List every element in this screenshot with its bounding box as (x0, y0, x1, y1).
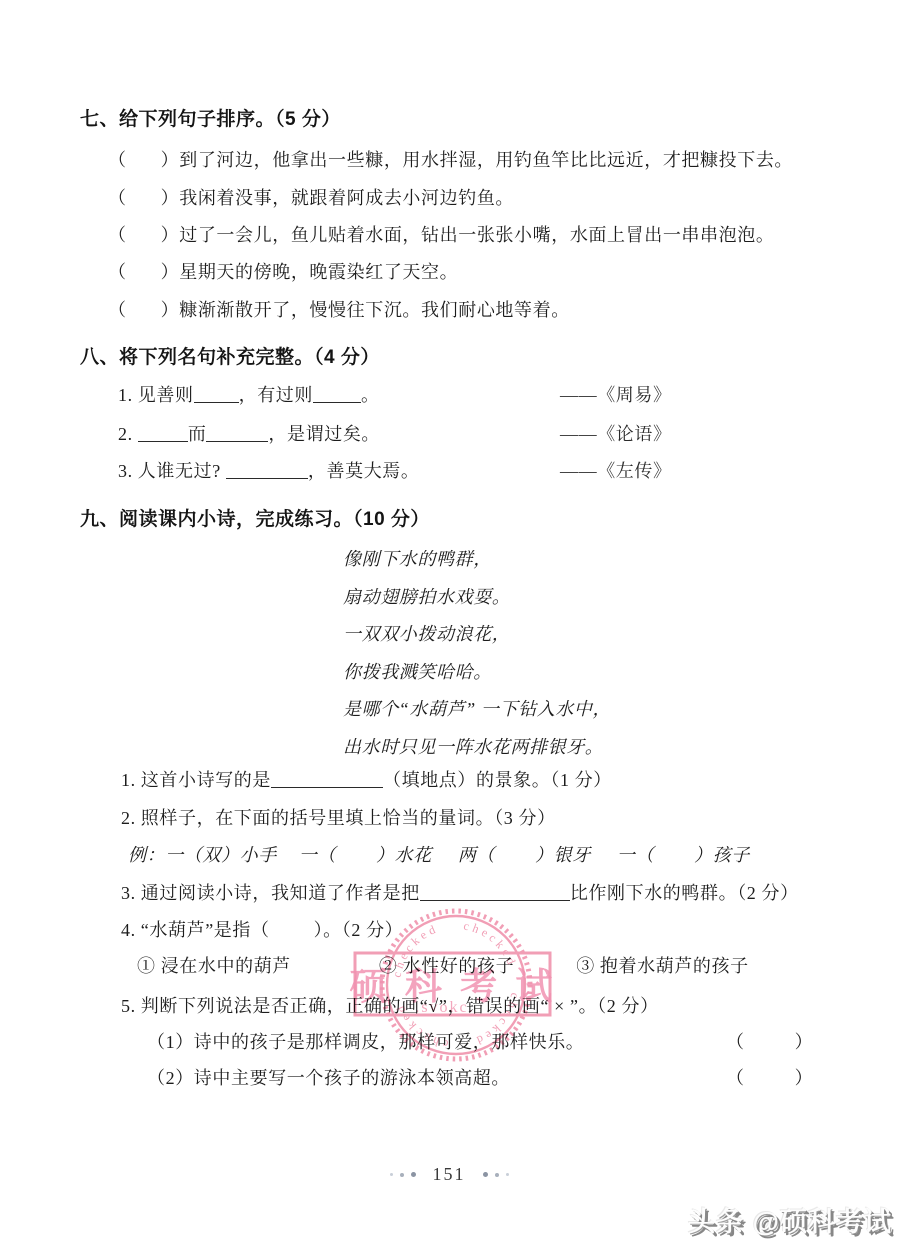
text-segment: ，是谓过矣。 (268, 424, 380, 444)
quote-source-3: ——《左传》 (560, 457, 672, 483)
quote-source-2: ——《论语》 (560, 420, 672, 446)
text-segment: （ (108, 150, 127, 170)
text-segment: 过了一会儿，鱼儿贴着水面，钻出一张张小嘴，水面上冒出一串串泡泡。 (179, 225, 774, 245)
answer-blank (420, 883, 570, 901)
text-segment: ） (161, 262, 180, 282)
answer-blank (206, 424, 268, 442)
text-segment: ② 水性好的孩子 (379, 956, 514, 976)
text-segment: 2. 照样子，在下面的括号里填上恰当的量词。（3 分） (121, 808, 556, 828)
page-footer: 151 (0, 1164, 898, 1185)
question-2-example: 例：一（双）小手一（）水花两（）银牙一（）孩子 (128, 841, 750, 867)
text-segment: （2）诗中主要写一个孩子的游泳本领高超。 (147, 1068, 510, 1088)
question-5-sub-1-answer-paren: （） (726, 1028, 813, 1054)
poem-line-5: 是哪个“水葫芦” 一下钻入水中， (343, 695, 611, 721)
text-segment: 1. 这首小诗写的是 (121, 770, 271, 790)
question-5-sub-2-answer-paren: （） (726, 1064, 813, 1090)
text-segment: ，有过则 (239, 385, 313, 405)
quote-item-2: 2. 而，是谓过矣。 (118, 420, 380, 446)
text-segment: （ (108, 188, 127, 208)
toutiao-watermark: 头条 @硕科考试 (688, 1200, 892, 1239)
footer-dot (411, 1172, 416, 1177)
text-segment: 一（ (299, 845, 336, 865)
text-segment: 。 (361, 385, 380, 405)
text-segment: ） (161, 300, 180, 320)
text-segment: ③ 抱着水葫芦的孩子 (576, 956, 749, 976)
sequence-item-2: （）我闲着没事，就跟着阿成去小河边钓鱼。 (108, 184, 514, 210)
text-segment: 我闲着没事，就跟着阿成去小河边钓鱼。 (179, 188, 514, 208)
text-segment: （ (108, 300, 127, 320)
answer-blank (271, 770, 383, 788)
question-5: 5. 判断下列说法是否正确，正确的画“√”，错误的画“ × ”。（2 分） (121, 992, 659, 1018)
text-segment: ① 浸在水中的葫芦 (137, 956, 291, 976)
text-segment: 一（ (617, 845, 654, 865)
poem-line-3: 一双双小拨动浪花， (343, 620, 510, 646)
answer-blank (313, 385, 361, 403)
text-segment: （填地点）的景象。（1 分） (383, 770, 612, 790)
page-number: 151 (433, 1164, 466, 1185)
text-segment: 3. 通过阅读小诗，我知道了作者是把 (121, 883, 420, 903)
question-5-sub-1: （1）诗中的孩子是那样调皮，那样可爱，那样快乐。 (147, 1028, 584, 1054)
poem-line-4: 你拨我溅笑哈哈。 (343, 658, 492, 684)
text-segment: ） (795, 1068, 814, 1088)
question-3: 3. 通过阅读小诗，我知道了作者是把比作刚下水的鸭群。（2 分） (121, 879, 799, 905)
question-2: 2. 照样子，在下面的括号里填上恰当的量词。（3 分） (121, 804, 556, 830)
text-segment: （ (726, 1068, 745, 1088)
question-4-options: ① 浸在水中的葫芦② 水性好的孩子③ 抱着水葫芦的孩子 (137, 952, 749, 978)
quote-item-3: 3. 人谁无过? ，善莫大焉。 (118, 457, 420, 483)
section-7-heading: 七、给下列句子排序。（5 分） (80, 104, 341, 131)
poem-line-1: 像刚下水的鸭群， (343, 545, 492, 571)
poem-line-2: 扇动翅膀拍水戏耍。 (343, 583, 510, 609)
text-segment: ） (161, 188, 180, 208)
text-segment: 而 (188, 424, 207, 444)
text-segment: ） (161, 225, 180, 245)
text-segment: 5. 判断下列说法是否正确，正确的画“√”，错误的画“ × ”。（2 分） (121, 996, 659, 1016)
text-segment: ）孩子 (694, 845, 750, 865)
footer-dot (483, 1172, 488, 1177)
answer-blank (194, 385, 239, 403)
text-segment: ） (795, 1032, 814, 1052)
sequence-item-1: （）到了河边，他拿出一些糠，用水拌湿，用钓鱼竿比比远近，才把糠投下去。 (108, 146, 793, 172)
sequence-item-4: （）星期天的傍晚，晚霞染红了天空。 (108, 258, 458, 284)
section-7-heading-text: 七、给下列句子排序。（5 分） (80, 109, 341, 130)
exam-page: 七、给下列句子排序。（5 分） （）到了河边，他拿出一些糠，用水拌湿，用钓鱼竿比… (0, 0, 898, 1251)
text-segment: 比作刚下水的鸭群。（2 分） (570, 883, 799, 903)
text-segment: 到了河边，他拿出一些糠，用水拌湿，用钓鱼竿比比远近，才把糠投下去。 (179, 150, 793, 170)
text-segment: ，善莫大焉。 (308, 461, 420, 481)
text-segment: （1）诗中的孩子是那样调皮，那样可爱，那样快乐。 (147, 1032, 584, 1052)
text-segment: 糠渐渐散开了，慢慢往下沉。我们耐心地等着。 (179, 300, 570, 320)
question-1: 1. 这首小诗写的是（填地点）的景象。（1 分） (121, 766, 612, 792)
text-segment: 1. 见善则 (118, 385, 194, 405)
question-4: 4. “水葫芦”是指（）。（2 分） (121, 916, 403, 942)
footer-dot (495, 1173, 499, 1177)
sequence-item-3: （）过了一会儿，鱼儿贴着水面，钻出一张张小嘴，水面上冒出一串串泡泡。 (108, 221, 774, 247)
text-segment: 4. “水葫芦”是指（ (121, 920, 270, 940)
section-8-heading-text: 八、将下列名句补充完整。（4 分） (80, 347, 380, 368)
footer-dot (390, 1173, 393, 1176)
text-segment: ）水花 (376, 845, 432, 865)
text-segment: 例：一（双）小手 (128, 845, 277, 865)
section-8-heading: 八、将下列名句补充完整。（4 分） (80, 342, 380, 369)
poem-line-6: 出水时只见一阵水花两排银牙。 (343, 733, 603, 759)
quote-source-1: ——《周易》 (560, 381, 672, 407)
text-segment: （ (108, 225, 127, 245)
section-9-heading: 九、阅读课内小诗，完成练习。（10 分） (80, 504, 430, 531)
quote-item-1: 1. 见善则，有过则。 (118, 381, 380, 407)
footer-dot (506, 1173, 509, 1176)
answer-blank (138, 424, 188, 442)
text-segment: ）。（2 分） (314, 920, 404, 940)
text-segment: 3. 人谁无过? (118, 461, 226, 481)
section-9-heading-text: 九、阅读课内小诗，完成练习。（10 分） (80, 509, 430, 530)
text-segment: 两（ (458, 845, 495, 865)
answer-blank (226, 461, 308, 479)
text-segment: ） (161, 150, 180, 170)
footer-dot (400, 1173, 404, 1177)
text-segment: （ (726, 1032, 745, 1052)
text-segment: ）银牙 (535, 845, 591, 865)
text-segment: 2. (118, 424, 138, 444)
question-5-sub-2: （2）诗中主要写一个孩子的游泳本领高超。 (147, 1064, 510, 1090)
sequence-item-5: （）糠渐渐散开了，慢慢往下沉。我们耐心地等着。 (108, 296, 570, 322)
text-segment: 星期天的傍晚，晚霞染红了天空。 (179, 262, 458, 282)
text-segment: （ (108, 262, 127, 282)
